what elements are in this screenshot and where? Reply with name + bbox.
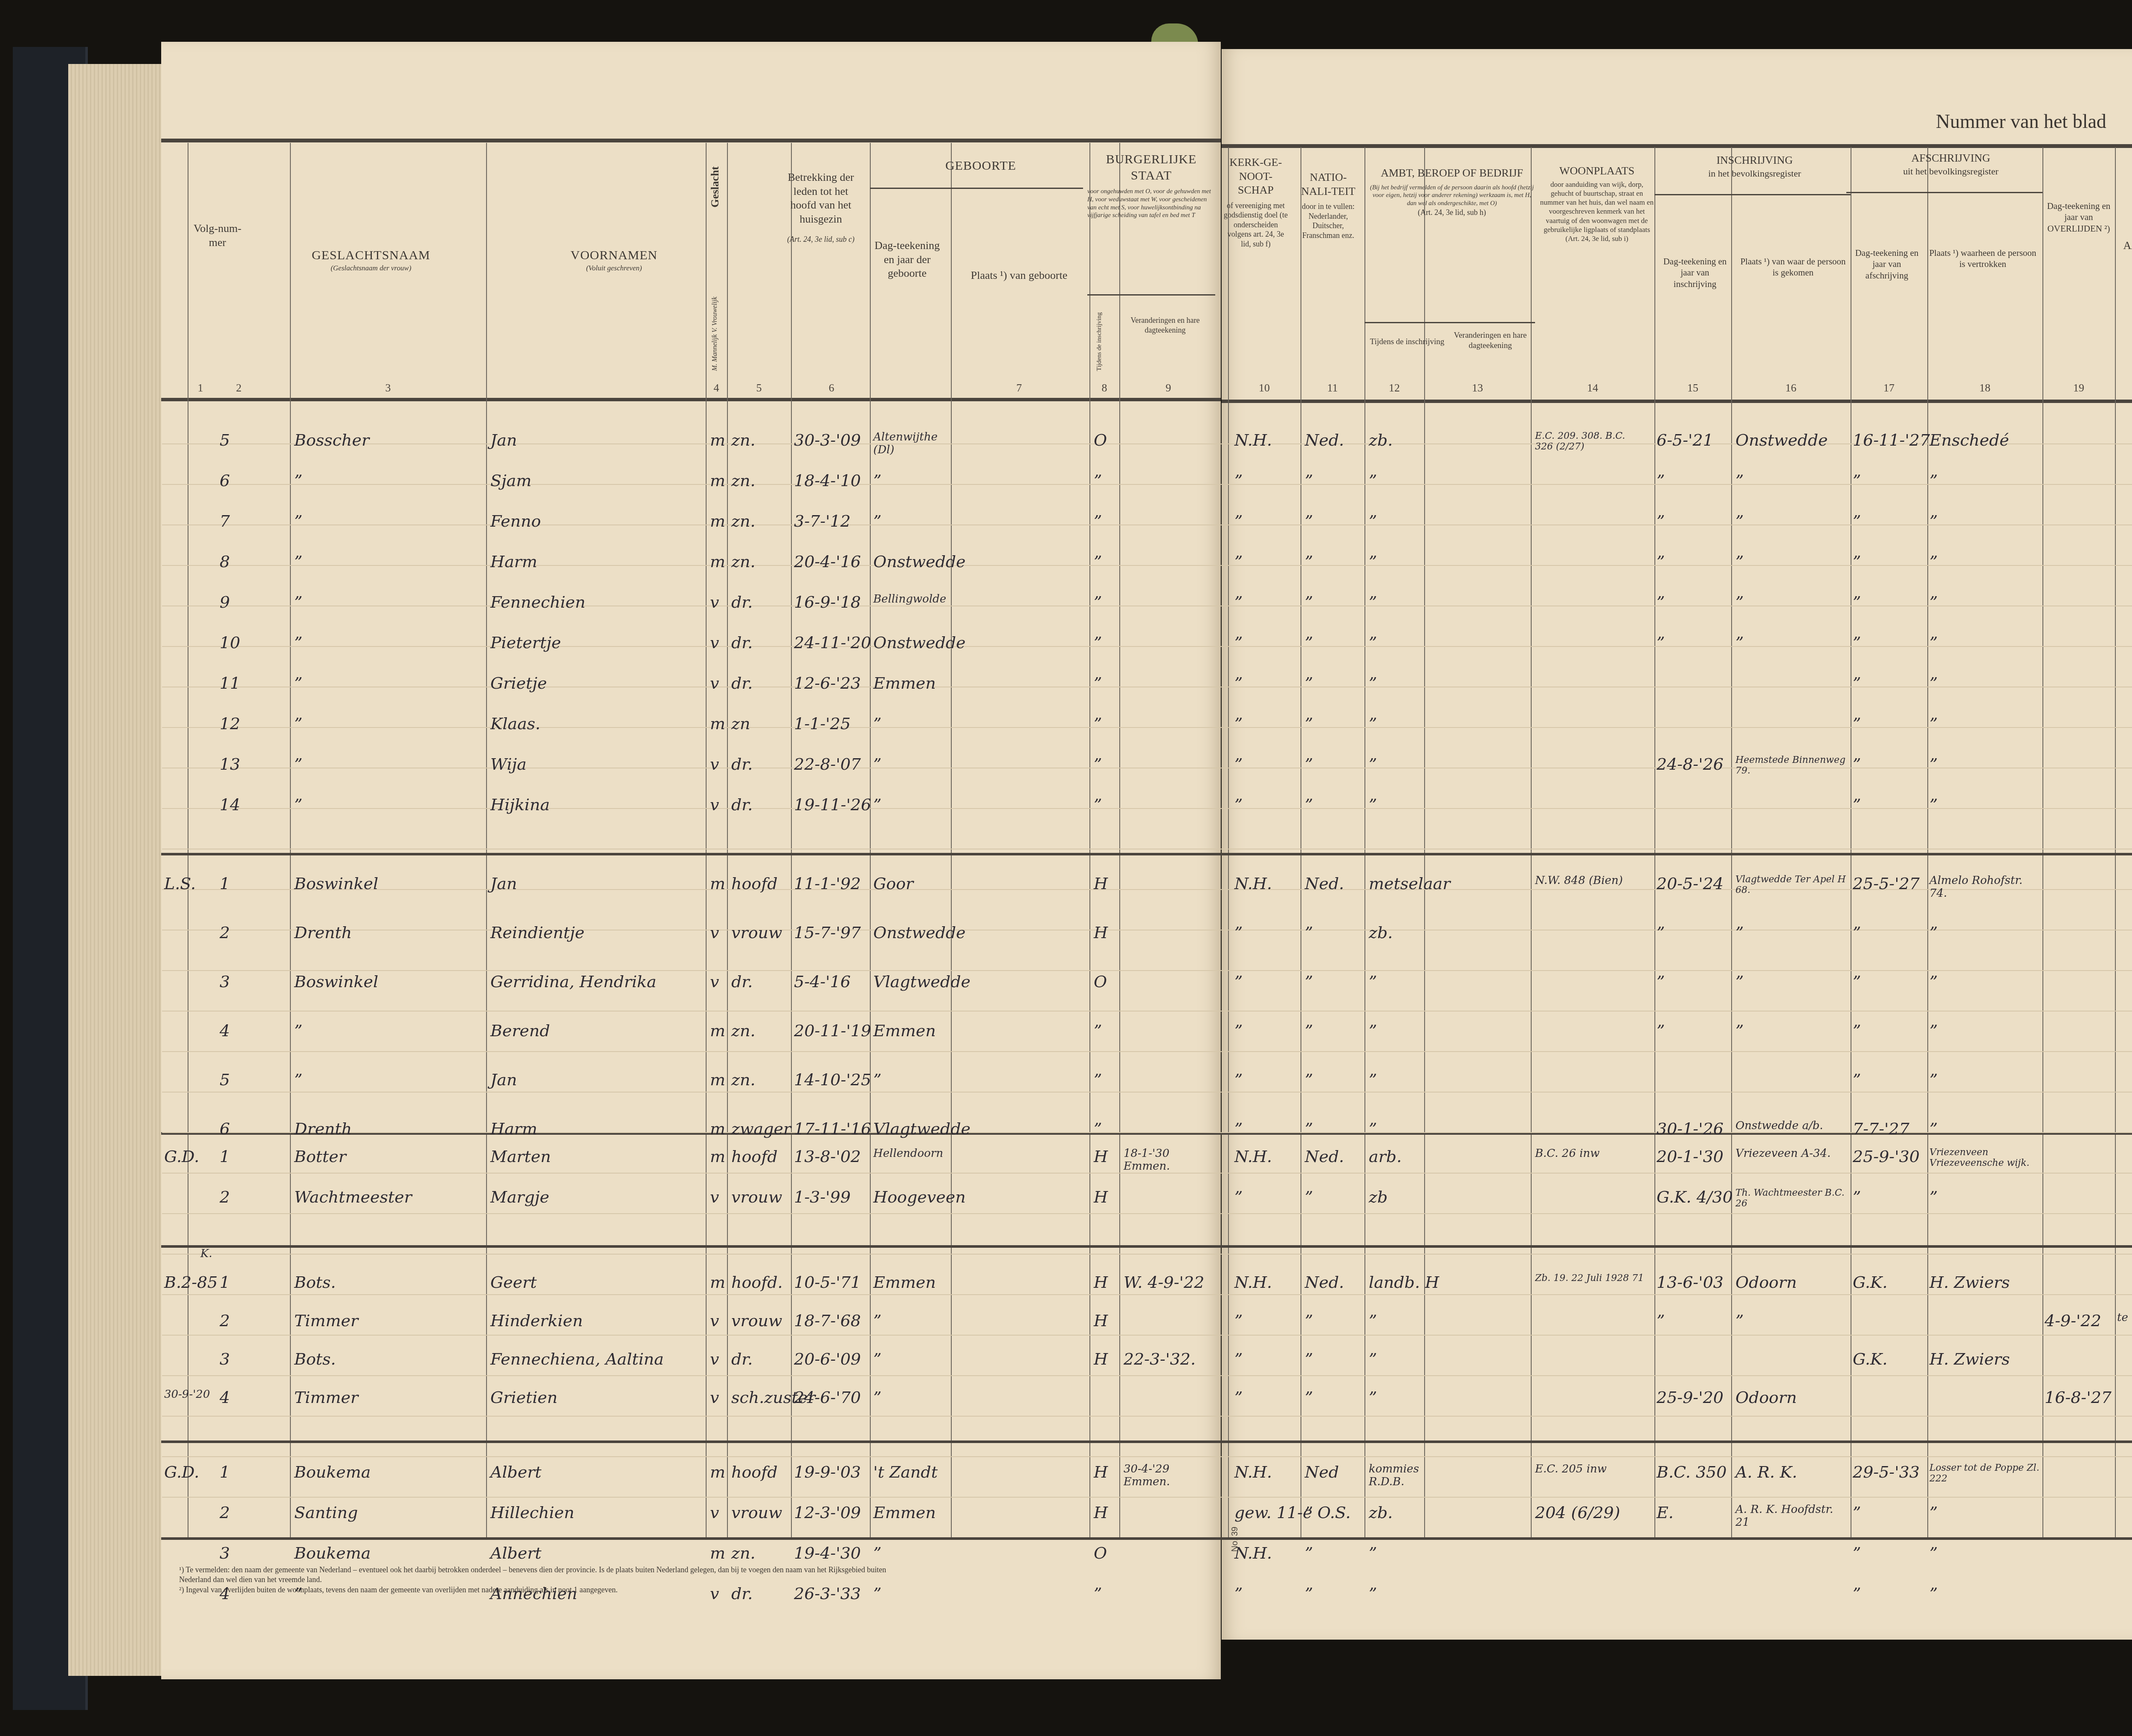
cell-out-date: 25-5-'27 <box>1853 874 1920 893</box>
cell-out-to: ” <box>1929 1503 1938 1522</box>
cell-birth: 17-11-'16 <box>794 1119 871 1138</box>
cell-surname: ” <box>294 552 302 571</box>
cell-job: ” <box>1369 674 1377 693</box>
cell-in-from: ” <box>1735 1021 1744 1040</box>
cell-place: Goor <box>873 874 913 893</box>
cell-birth: 10-5-'71 <box>794 1273 861 1292</box>
cell-surname: Bosscher <box>294 431 369 449</box>
cell-given: Gerridina, Hendrika <box>490 972 657 991</box>
col-header-8: Tijdens de inschrijving <box>1096 303 1103 371</box>
cell-surname: ” <box>294 512 302 530</box>
column-divider <box>1228 147 1229 1537</box>
cell-in-from: ” <box>1735 633 1744 652</box>
cell-rel: hoofd. <box>731 1273 783 1292</box>
cell-nr: 1 <box>220 1463 230 1481</box>
cell-nr: 8 <box>220 552 230 571</box>
cell-birth: 19-9-'03 <box>794 1463 861 1481</box>
cell-church: N.H. <box>1234 874 1272 893</box>
sheet-number-label: Nummer van het blad <box>1936 110 2106 133</box>
cell-church: N.H. <box>1234 1463 1272 1481</box>
cell-sex: v <box>710 972 719 991</box>
cell-rel: dr. <box>731 755 753 774</box>
cell-out-date: ” <box>1853 471 1861 490</box>
cell-nat: ” <box>1305 1350 1313 1368</box>
cell-nr: 10 <box>220 633 240 652</box>
cell-out-to: H. Zwiers <box>1929 1350 2010 1368</box>
cell-birth: 22-8-'07 <box>794 755 861 774</box>
cell-sex: m <box>710 714 725 733</box>
cell-birth: 1-3-'99 <box>794 1188 851 1206</box>
cell-place: ” <box>873 1388 881 1407</box>
col-header-15: Dag-teekening en jaar van inschrijving <box>1659 256 1731 290</box>
column-divider <box>1424 147 1425 1537</box>
column-divider <box>2042 147 2043 1537</box>
cell-out-date: 25-9-'30 <box>1853 1147 1920 1166</box>
cell-nr: 5 <box>220 431 230 449</box>
cell-in-from: Th. Wachtmeester B.C. 26 <box>1735 1188 1846 1209</box>
cell-rel: zn. <box>731 431 756 449</box>
cell-bs: H <box>1094 923 1108 942</box>
column-number: 15 <box>1684 382 1701 394</box>
ruled-line <box>162 1254 2132 1255</box>
cell-bs: ” <box>1094 633 1102 652</box>
cell-bs: ” <box>1094 1021 1102 1040</box>
cell-death: 4-9-'22 <box>2045 1311 2101 1330</box>
cell-surname: ” <box>294 714 302 733</box>
cell-nr: 3 <box>220 972 230 991</box>
cell-sex: m <box>710 1463 725 1481</box>
cell-church: ” <box>1234 1188 1243 1206</box>
column-number: 9 <box>1160 382 1177 394</box>
cell-nr: 2 <box>220 1188 230 1206</box>
cell-out-to: ” <box>1929 552 1938 571</box>
cell-job: ” <box>1369 714 1377 733</box>
cell-surname: Bots. <box>294 1273 336 1292</box>
col-header-1: Volg-num-mer <box>188 222 247 249</box>
cell-place: ” <box>873 512 881 530</box>
column-divider <box>791 143 792 1537</box>
col-header-9: Veranderingen en hare dagteekening <box>1119 316 1211 335</box>
cell-sex: m <box>710 1273 725 1292</box>
cell-birth: 12-3-'09 <box>794 1503 861 1522</box>
cell-place: ” <box>873 795 881 814</box>
cell-given: Albert <box>490 1544 542 1562</box>
cell-in-date: ” <box>1657 923 1665 942</box>
cell-church: ” <box>1234 1311 1243 1330</box>
cell-place: 't Zandt <box>873 1463 938 1481</box>
column-divider <box>1927 147 1928 1537</box>
column-number: 1 <box>192 382 209 394</box>
cell-sex: m <box>710 431 725 449</box>
cell-place: ” <box>873 471 881 490</box>
col-header-4-sub: M. Mannelijk V. Vrouwelijk <box>711 264 719 371</box>
cell-addr: E.C. 209. 308. B.C. 326 (2/27) <box>1535 431 1646 452</box>
cell-in-date: ” <box>1657 512 1665 530</box>
cell-sex: m <box>710 512 725 530</box>
col-header-4: Geslacht <box>709 166 721 208</box>
ruled-line <box>162 930 2132 930</box>
cell-out-date: ” <box>1853 755 1861 774</box>
ruled-line <box>162 1213 2132 1214</box>
cell-nat: ” <box>1305 714 1313 733</box>
column-number: 14 <box>1584 382 1601 394</box>
cell-place: ” <box>873 1070 881 1089</box>
cell-given: Fennechien <box>490 593 585 612</box>
cell-church: N.H. <box>1234 1147 1272 1166</box>
cell-nr: 1 <box>220 1273 230 1292</box>
ruled-line <box>162 565 2132 566</box>
cell-in-from: A. R. K. Hoofdstr. 21 <box>1735 1503 1846 1529</box>
cell-out-date: ” <box>1853 1503 1861 1522</box>
cell-surname: Timmer <box>294 1311 358 1330</box>
cell-in-from: Vlagtwedde Ter Apel H 68. <box>1735 874 1846 896</box>
cell-in-from: ” <box>1735 972 1744 991</box>
cell-surname: Drenth <box>294 923 352 942</box>
cell-surname: ” <box>294 755 302 774</box>
cell-death-place: te Groningen <box>2117 1311 2132 1324</box>
cell-surname: ” <box>294 674 302 693</box>
cell-bs: H <box>1094 1311 1108 1330</box>
cell-given: Reindientje <box>490 923 585 942</box>
cell-addr: Zb. 19. 22 Juli 1928 71 <box>1535 1273 1646 1284</box>
cell-birth: 20-11-'19 <box>794 1021 871 1040</box>
col-header-5: Betrekking der leden tot het hoofd van h… <box>785 171 857 244</box>
cell-bs: ” <box>1094 471 1102 490</box>
cell-bs: H <box>1094 1463 1108 1481</box>
cell-in-from: Heemstede Binnenweg 79. <box>1735 755 1846 776</box>
cell-out-to: Almelo Rohofstr. 74. <box>1929 874 2040 900</box>
cell-sex: v <box>710 593 719 612</box>
group-header-afschrijving: AFSCHRIJVINGuit het bevolkingsregister <box>1855 151 2047 177</box>
cell-sex: v <box>710 1350 719 1368</box>
cell-surname: Boukema <box>294 1463 371 1481</box>
group-header-inschrijving: INSCHRIJVINGin het bevolkingsregister <box>1659 154 1851 179</box>
cell-bs: H <box>1094 874 1108 893</box>
cell-birth: 24-11-'20 <box>794 633 871 652</box>
cell-nat: ” <box>1305 1544 1313 1562</box>
cell-sex: v <box>710 674 719 693</box>
cell-birth: 20-6-'09 <box>794 1350 861 1368</box>
cell-nat: ” <box>1305 1503 1313 1522</box>
cell-nr: 3 <box>220 1544 230 1562</box>
cell-bs: H <box>1094 1273 1108 1292</box>
cell-in-from: Onstwedde <box>1735 431 1828 449</box>
column-number: 10 <box>1256 382 1273 394</box>
cell-bs: ” <box>1094 1119 1102 1138</box>
cell-sex: v <box>710 923 719 942</box>
margin-note: B.2-85 <box>164 1273 217 1292</box>
cell-job: ” <box>1369 1584 1377 1603</box>
col-header-11: NATIO-NALI-TEITdoor in te vullen: Nederl… <box>1301 171 1356 240</box>
cell-surname: Boukema <box>294 1544 371 1562</box>
margin-note-top: K. <box>200 1247 212 1260</box>
ruled-line <box>162 525 2132 525</box>
ruled-line <box>162 1173 2132 1174</box>
col-header-2: GESLACHTSNAAM(Geslachtsnaam der vrouw) <box>273 247 469 272</box>
column-number: 13 <box>1469 382 1486 394</box>
cell-nr: 4 <box>220 1388 230 1407</box>
cell-given: Hinderkien <box>490 1311 583 1330</box>
ruled-line <box>162 970 2132 971</box>
cell-rel: hoofd <box>731 1463 778 1481</box>
column-divider <box>1089 143 1090 1537</box>
cell-nat: ” <box>1305 923 1313 942</box>
cell-rel: zwager <box>731 1119 791 1138</box>
cell-in-from: ” <box>1735 471 1744 490</box>
column-number: 19 <box>2070 382 2087 394</box>
cell-out-date: 7-7-'27 <box>1853 1119 1909 1138</box>
cell-out-date: ” <box>1853 512 1861 530</box>
cell-place: Emmen <box>873 1021 936 1040</box>
cell-job: landb. H <box>1369 1273 1439 1292</box>
cell-nat: ” <box>1305 1584 1313 1603</box>
cell-surname: Santing <box>294 1503 358 1522</box>
cell-out-to: ” <box>1929 1584 1938 1603</box>
cell-given: Berend <box>490 1021 550 1040</box>
afschrijving-divider <box>1846 192 2042 193</box>
cell-place: Emmen <box>873 1503 936 1522</box>
cell-out-date: G.K. <box>1853 1350 1888 1368</box>
cell-out-to: ” <box>1929 674 1938 693</box>
cell-church: ” <box>1234 674 1243 693</box>
column-number: 18 <box>1976 382 1993 394</box>
cell-rel: zn. <box>731 1070 756 1089</box>
cell-nat: ” <box>1305 1070 1313 1089</box>
cell-place: Emmen <box>873 1273 936 1292</box>
cell-job: ” <box>1369 1388 1377 1407</box>
column-divider <box>486 143 487 1537</box>
column-number: 7 <box>1011 382 1028 394</box>
cell-job: ” <box>1369 1070 1377 1089</box>
cell-nat: ” <box>1305 552 1313 571</box>
cell-addr: 204 (6/29) <box>1535 1503 1620 1522</box>
cell-bs: ” <box>1094 795 1102 814</box>
cell-birth: 12-6-'23 <box>794 674 861 693</box>
cell-given: Jan <box>490 1070 517 1089</box>
cell-birth: 19-4-'30 <box>794 1544 861 1562</box>
cell-job: ” <box>1369 633 1377 652</box>
cell-church: ” <box>1234 972 1243 991</box>
ruled-line <box>162 1335 2132 1336</box>
cell-rel: dr. <box>731 972 753 991</box>
cell-given: Hillechien <box>490 1503 574 1522</box>
group-header-burgerlijke-staat: BURGERLIJKE STAATvoor ongehuwden met O, … <box>1087 151 1215 220</box>
cell-place: Altenwijthe (Dl) <box>873 431 959 456</box>
cell-surname: Botter <box>294 1147 346 1166</box>
cell-out-to: H. Zwiers <box>1929 1273 2010 1292</box>
page-stack-edge <box>68 64 166 1676</box>
cell-sex: v <box>710 1311 719 1330</box>
cell-given: Fenno <box>490 512 541 530</box>
cell-given: Hijkina <box>490 795 550 814</box>
cell-rel: hoofd <box>731 1147 778 1166</box>
column-number: 16 <box>1782 382 1799 394</box>
cell-nat: Ned. <box>1305 1273 1344 1292</box>
cell-out-date: ” <box>1853 1070 1861 1089</box>
cell-birth: 11-1-'92 <box>794 874 861 893</box>
cell-bs-change: 22-3-'32. <box>1124 1350 1196 1368</box>
cell-out-to: ” <box>1929 972 1938 991</box>
cell-bs: ” <box>1094 714 1102 733</box>
column-divider <box>1731 147 1732 1537</box>
cell-bs: ” <box>1094 593 1102 612</box>
cell-place: ” <box>873 714 881 733</box>
cell-given: Margje <box>490 1188 549 1206</box>
cell-nat: Ned. <box>1305 1147 1344 1166</box>
cell-surname: ” <box>294 795 302 814</box>
cell-sex: v <box>710 1388 719 1407</box>
cell-birth: 24-6-'70 <box>794 1388 861 1407</box>
cell-place: ” <box>873 755 881 774</box>
cell-nr: 2 <box>220 1503 230 1522</box>
cell-in-from: ” <box>1735 593 1744 612</box>
cell-in-date: 24-8-'26 <box>1657 755 1724 774</box>
cell-out-date: ” <box>1853 1188 1861 1206</box>
cell-given: Jan <box>490 874 517 893</box>
cell-in-date: 6-5-'21 <box>1657 431 1713 449</box>
ruled-line <box>162 606 2132 606</box>
cell-sex: m <box>710 1119 725 1138</box>
column-number: 4 <box>708 382 725 394</box>
column-divider <box>1119 143 1120 1537</box>
cell-nr: 1 <box>220 1147 230 1166</box>
ruled-line <box>162 1132 2132 1133</box>
cell-job: zb <box>1369 1188 1388 1206</box>
margin-note-date: 30-9-'20 <box>164 1388 210 1401</box>
footnotes: ¹) Te vermelden: den naam der gemeente v… <box>179 1565 904 1595</box>
cell-nat: ” <box>1305 755 1313 774</box>
cell-given: Albert <box>490 1463 542 1481</box>
cell-church: ” <box>1234 1388 1243 1407</box>
cell-job: zb. <box>1369 923 1393 942</box>
cell-out-to: ” <box>1929 1544 1938 1562</box>
cell-surname: Boswinkel <box>294 874 378 893</box>
cell-in-from: Vriezeveen A-34. <box>1735 1147 1846 1160</box>
cell-surname: Timmer <box>294 1388 358 1407</box>
cell-rel: zn. <box>731 1021 756 1040</box>
header-bottom-rule-right <box>1222 400 2132 403</box>
cell-bs: ” <box>1094 512 1102 530</box>
ruled-line <box>162 808 2132 809</box>
cell-rel: vrouw <box>731 923 782 942</box>
cell-place: Onstwedde <box>873 633 966 652</box>
column-divider <box>870 143 871 1537</box>
column-divider <box>727 143 728 1537</box>
cell-out-to: ” <box>1929 512 1938 530</box>
cell-sex: m <box>710 552 725 571</box>
column-divider <box>1364 147 1365 1537</box>
header-bottom-rule-left <box>161 398 1221 401</box>
cell-place: ” <box>873 1350 881 1368</box>
cell-in-date: B.C. 350 <box>1657 1463 1726 1481</box>
cell-bs-change: W. 4-9-'22 <box>1124 1273 1204 1292</box>
cell-church: ” <box>1234 1021 1243 1040</box>
cell-death: 16-8-'27 <box>2045 1388 2112 1407</box>
cell-rel: dr. <box>731 633 753 652</box>
cell-out-date: 29-5-'33 <box>1853 1463 1920 1481</box>
col-header-17: Dag-teekening en jaar van afschrijving <box>1851 247 1923 281</box>
ruled-line <box>162 1375 2132 1376</box>
cell-bs: O <box>1094 972 1107 991</box>
cell-job: ” <box>1369 512 1377 530</box>
cell-place: Onstwedde <box>873 552 966 571</box>
cell-in-date: ” <box>1657 633 1665 652</box>
cell-out-to: Enschedé <box>1929 431 2009 449</box>
group-header-geboorte: GEBOORTE <box>878 158 1083 174</box>
cell-in-date: 13-6-'03 <box>1657 1273 1724 1292</box>
col-header-13: Veranderingen en hare dagteekening <box>1450 330 1531 351</box>
cell-bs: H <box>1094 1188 1108 1206</box>
left-page <box>161 42 1221 1679</box>
cell-church: ” <box>1234 714 1243 733</box>
cell-church: ” <box>1234 593 1243 612</box>
cell-nat: ” <box>1305 1388 1313 1407</box>
ruled-line <box>162 646 2132 647</box>
cell-surname: ” <box>294 593 302 612</box>
cell-bs: ” <box>1094 674 1102 693</box>
cell-given: Wija <box>490 755 527 774</box>
cell-rel: dr. <box>731 593 753 612</box>
ruled-line <box>162 687 2132 687</box>
cell-bs: O <box>1094 1544 1107 1562</box>
cell-surname: Drenth <box>294 1119 352 1138</box>
cell-sex: m <box>710 1021 725 1040</box>
column-divider <box>1851 147 1851 1537</box>
bs-divider <box>1087 294 1215 296</box>
geboorte-divider <box>870 188 1083 189</box>
cell-in-from: Onstwedde a/b. <box>1735 1119 1846 1132</box>
col-header-18: Plaats ¹) waarheen de persoon is vertrok… <box>1927 247 2038 270</box>
cell-out-to: ” <box>1929 795 1938 814</box>
cell-church: ” <box>1234 1119 1243 1138</box>
cell-bs: ” <box>1094 755 1102 774</box>
cell-church: ” <box>1234 795 1243 814</box>
cell-rel: vrouw <box>731 1188 782 1206</box>
cell-surname: Boswinkel <box>294 972 378 991</box>
cell-job: ” <box>1369 471 1377 490</box>
column-number: 5 <box>750 382 768 394</box>
cell-nat: Ned. <box>1305 874 1344 893</box>
cell-out-date: ” <box>1853 593 1861 612</box>
col-header-19: Dag-teekening en jaar van OVERLIJDEN ²) <box>2042 200 2115 234</box>
column-number: 12 <box>1386 382 1403 394</box>
cell-job: ” <box>1369 1311 1377 1330</box>
cell-in-date: E. <box>1657 1503 1674 1522</box>
cell-in-date: ” <box>1657 552 1665 571</box>
cell-place: Hellendoorn <box>873 1147 959 1160</box>
cell-church: ” <box>1234 923 1243 942</box>
inschrijving-divider <box>1654 194 1851 195</box>
column-divider <box>951 143 952 1537</box>
cell-addr: E.C. 205 inw <box>1535 1463 1646 1475</box>
cell-place: Hoogeveen <box>873 1188 966 1206</box>
cell-birth: 3-7-'12 <box>794 512 851 530</box>
cell-sex: v <box>710 1503 719 1522</box>
cell-rel: zn. <box>731 471 756 490</box>
column-divider <box>290 143 291 1537</box>
ruled-line <box>162 1011 2132 1011</box>
cell-out-date: 16-11-'27 <box>1853 431 1930 449</box>
cell-nr: 1 <box>220 874 230 893</box>
col-header-10: KERK-GE-NOOT-SCHAPof vereeniging met god… <box>1224 156 1288 249</box>
cell-place: Bellingwolde <box>873 593 959 606</box>
cell-in-from: ” <box>1735 1311 1744 1330</box>
cell-out-to: ” <box>1929 1188 1938 1206</box>
cell-nat: ” <box>1305 674 1313 693</box>
cell-surname: ” <box>294 471 302 490</box>
cell-church: N.H. <box>1234 431 1272 449</box>
cell-job: arb. <box>1369 1147 1402 1166</box>
